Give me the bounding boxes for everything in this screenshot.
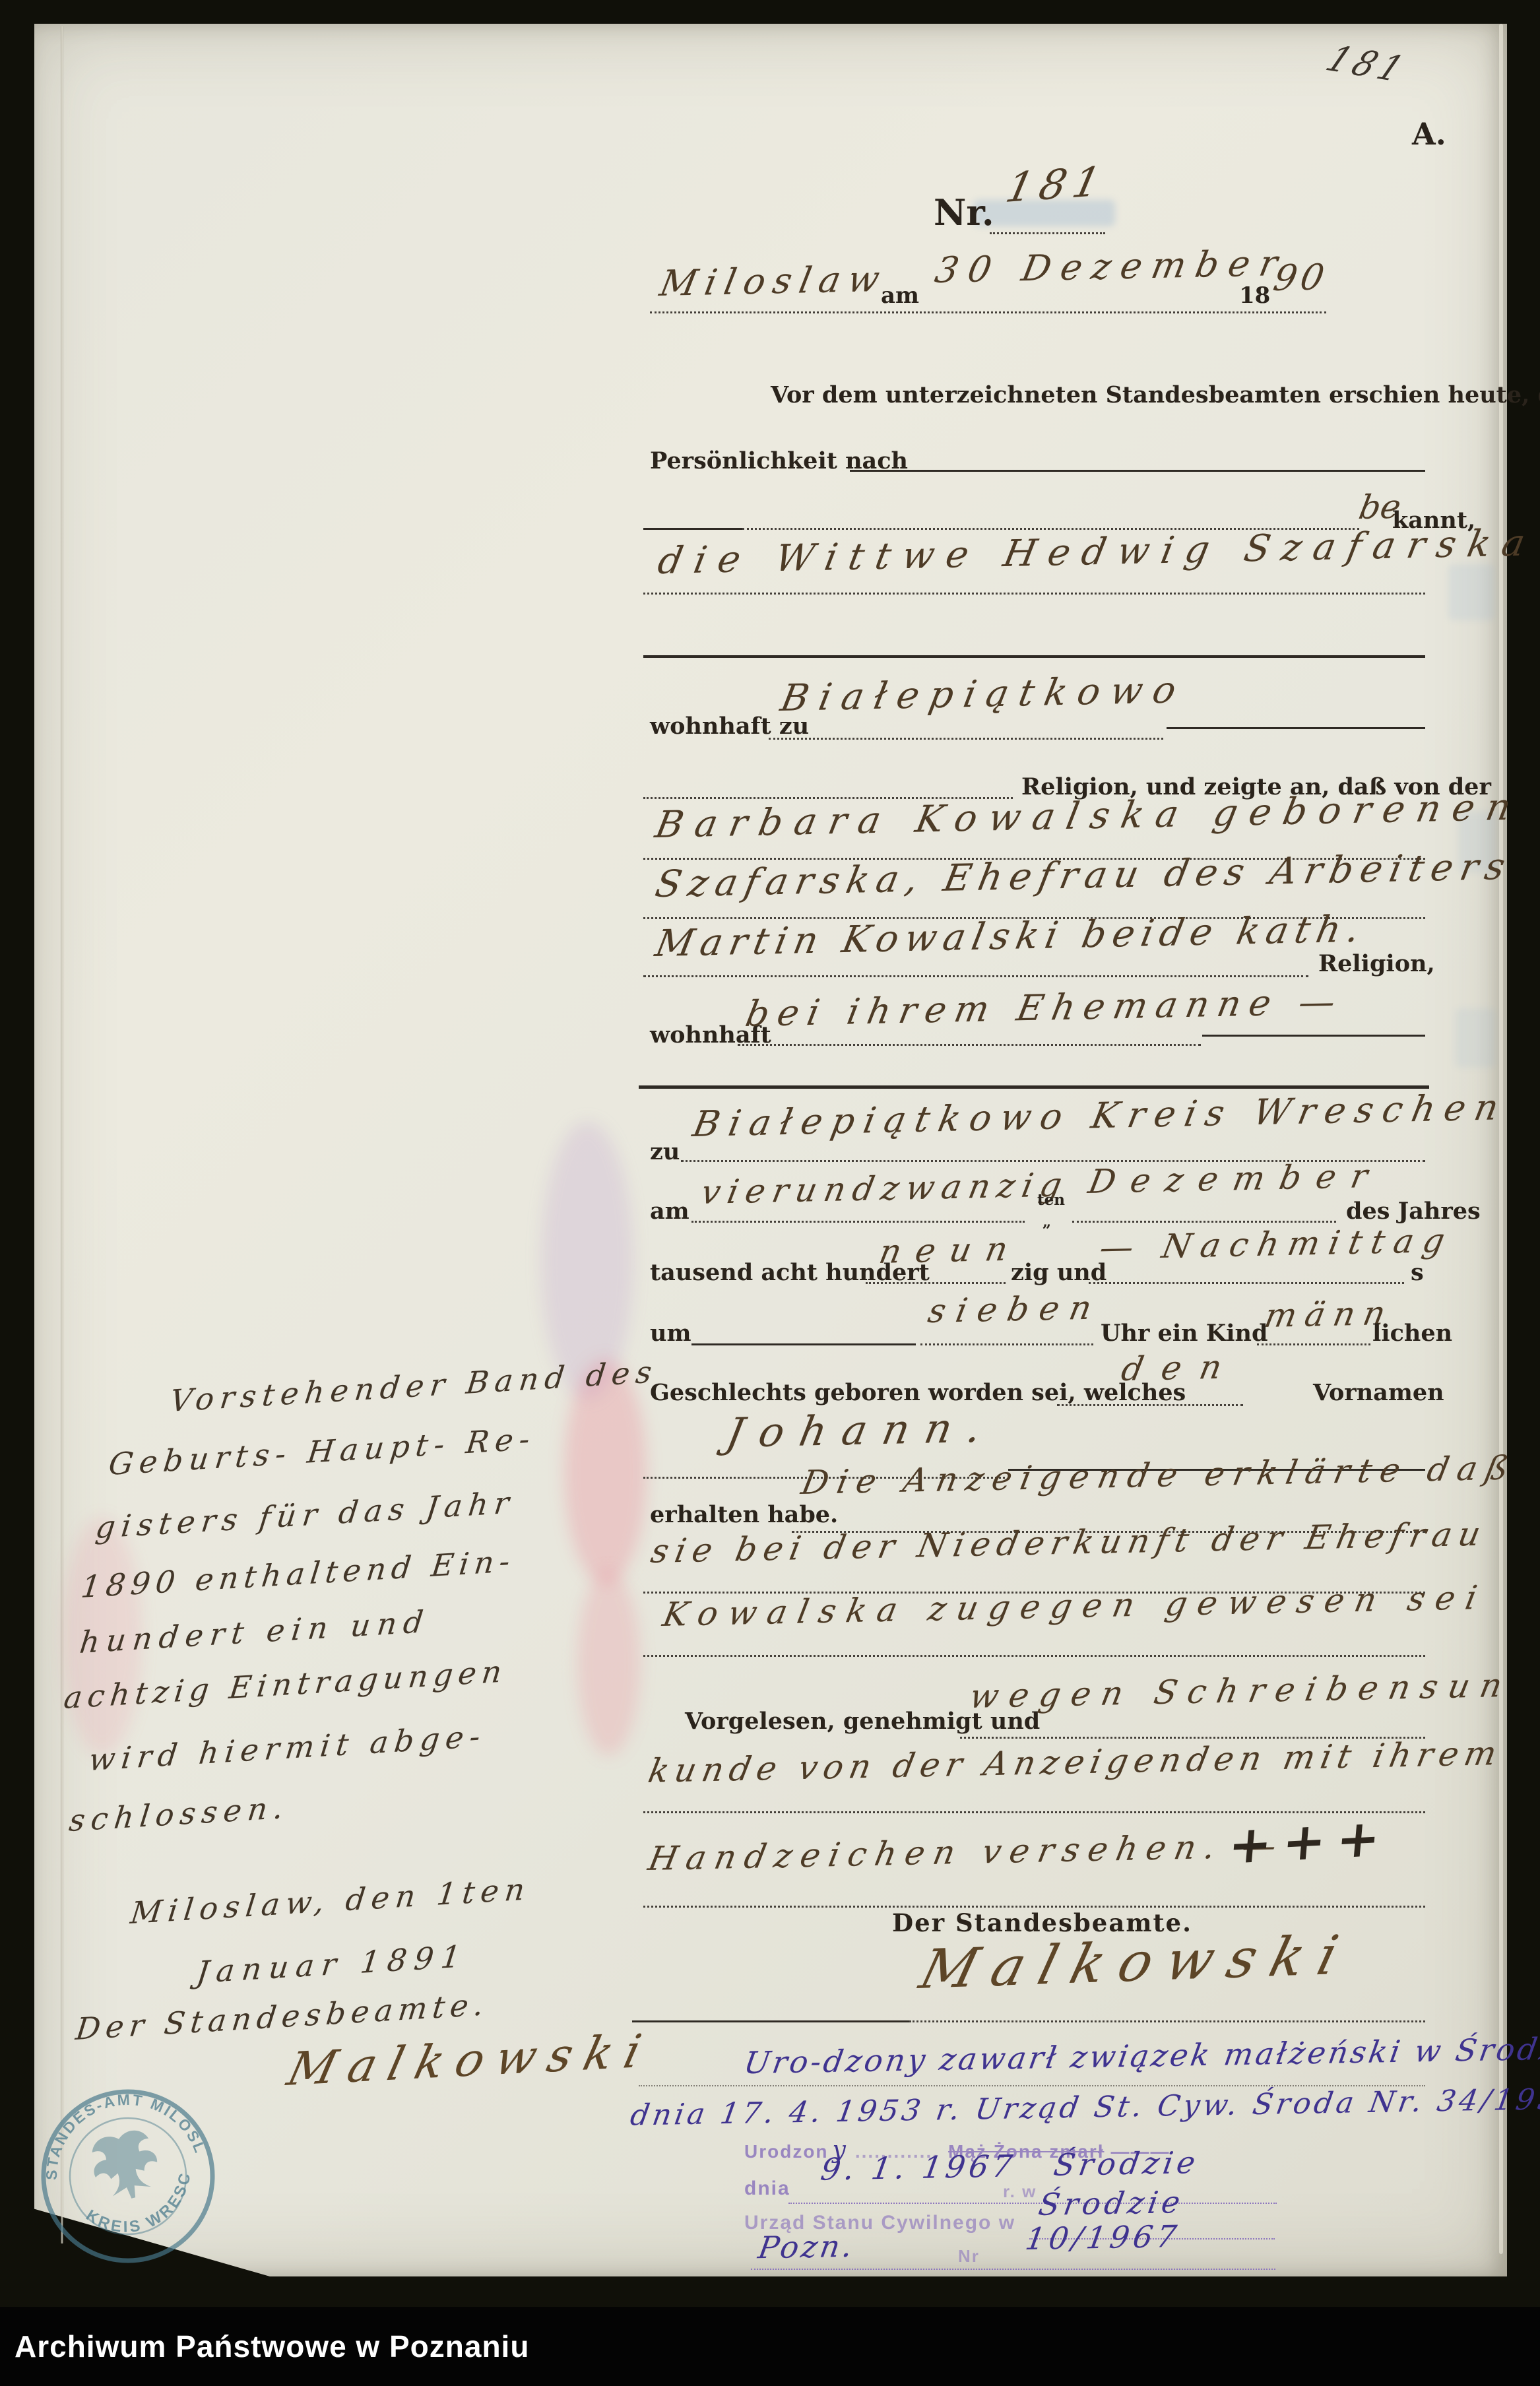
signature-rule <box>909 2020 1425 2022</box>
stamp-ghost <box>1448 564 1494 620</box>
signature-rule-solid <box>632 2020 909 2022</box>
vornamen-label: Vornamen <box>1313 1379 1444 1406</box>
religion2-label: Religion, <box>1318 950 1435 977</box>
divider-rule <box>639 1085 1429 1089</box>
residence-rule-solid <box>1167 727 1425 729</box>
birth-month-rule <box>1072 1221 1336 1223</box>
dateline-am-label: am <box>881 282 919 309</box>
child-name: Johann. <box>722 1403 1001 1457</box>
jahres-label: des Jahres <box>1346 1198 1481 1225</box>
closing-line3-rule <box>643 1906 1425 1908</box>
bekannt-rule-solid <box>643 528 742 530</box>
am2-label: am <box>650 1198 690 1225</box>
dateline-place: Miloslaw <box>657 258 891 304</box>
birth-day-rule <box>691 1221 1025 1223</box>
birth-hour: sieben <box>925 1289 1105 1330</box>
geschlechts-line: Geschlechts geboren worden sei, welches <box>650 1379 1186 1406</box>
death-row-rule <box>788 2203 1277 2204</box>
article-rule <box>1057 1404 1243 1406</box>
rw-stamp-label: r. w <box>1003 2181 1037 2202</box>
year-tens-rule <box>866 1282 1006 1284</box>
record-ref-1967: 10/1967 <box>1023 2218 1182 2257</box>
birth-day: vierundzwanzig <box>698 1165 1072 1211</box>
birth-month: Dezember <box>1085 1157 1386 1201</box>
persona-rule <box>850 470 1425 472</box>
record-number-label: Nr. <box>934 191 994 234</box>
intro-line: Vor dem unterzeichneten Standesbeamten e… <box>771 381 1540 408</box>
uhr-label: Uhr ein Kind <box>1101 1320 1267 1347</box>
child-sex-rule <box>1257 1343 1370 1345</box>
dateline-day-month: 30 Dezember <box>932 242 1291 291</box>
death-date: 9. 1. 1967 <box>818 2148 1019 2187</box>
eagle-icon <box>86 2126 165 2205</box>
mother-residence-rule <box>738 1044 1201 1046</box>
zu-label: zu <box>650 1138 680 1165</box>
um-label: um <box>650 1320 691 1347</box>
ten-suffix: ten <box>1037 1191 1065 1209</box>
ink-smudge <box>577 1570 640 1755</box>
article-den: den <box>1118 1347 1244 1388</box>
mother-residence-rule-solid <box>1202 1035 1425 1037</box>
erhalten-label: erhalten habe. <box>650 1501 838 1528</box>
section-letter: A. <box>1412 116 1446 152</box>
birth-hour-rule <box>920 1343 1093 1345</box>
binding-crease <box>61 26 63 2243</box>
archive-name-label: Archiwum Państwowe w Poznaniu <box>15 2329 529 2364</box>
scanned-document-viewer: 181 A. Nr. 181 Miloslaw am 30 Dezember 1… <box>0 0 1540 2386</box>
pozn-row-rule <box>751 2269 1275 2270</box>
page-edge-highlight <box>1499 24 1503 2254</box>
residence-rule <box>769 738 1163 740</box>
lichen-suffix: lichen <box>1372 1320 1452 1347</box>
informant-residence: Białepiątkowo <box>777 668 1190 720</box>
lower-rule <box>639 2085 1425 2086</box>
dnia-stamp-label: dnia <box>744 2177 790 2200</box>
mother-line3-rule <box>643 975 1308 977</box>
informant-rule <box>643 593 1425 595</box>
year-tens: neun <box>876 1230 1025 1271</box>
dateline-century: 18 <box>1239 282 1270 309</box>
stamp-ghost <box>1455 1008 1496 1068</box>
s-suffix: s <box>1411 1259 1424 1286</box>
usc-place: Środzie <box>1036 2184 1186 2222</box>
death-place: Środzie <box>1051 2144 1202 2183</box>
death-stamp-prefix: Urodzon <box>744 2141 829 2162</box>
handmarks: +++ <box>1226 1807 1394 1876</box>
statement-line3-rule <box>643 1655 1425 1657</box>
nr-stamp-label: Nr <box>958 2246 980 2267</box>
record-number-rule <box>990 232 1105 234</box>
blank-rule <box>643 655 1425 658</box>
dateline-year: 90 <box>1270 256 1331 299</box>
dateline-rule <box>650 311 1326 313</box>
daytime-rule <box>1089 1282 1404 1284</box>
pozn-note: Pozn. <box>755 2228 857 2266</box>
daytime: — Nachmittag <box>1097 1221 1457 1267</box>
record-number-value: 181 <box>1002 157 1112 212</box>
um-rule <box>691 1343 916 1345</box>
quote-mark: „ <box>1043 1213 1051 1231</box>
footer-bar: Archiwum Państwowe w Poznaniu <box>0 2307 1540 2386</box>
